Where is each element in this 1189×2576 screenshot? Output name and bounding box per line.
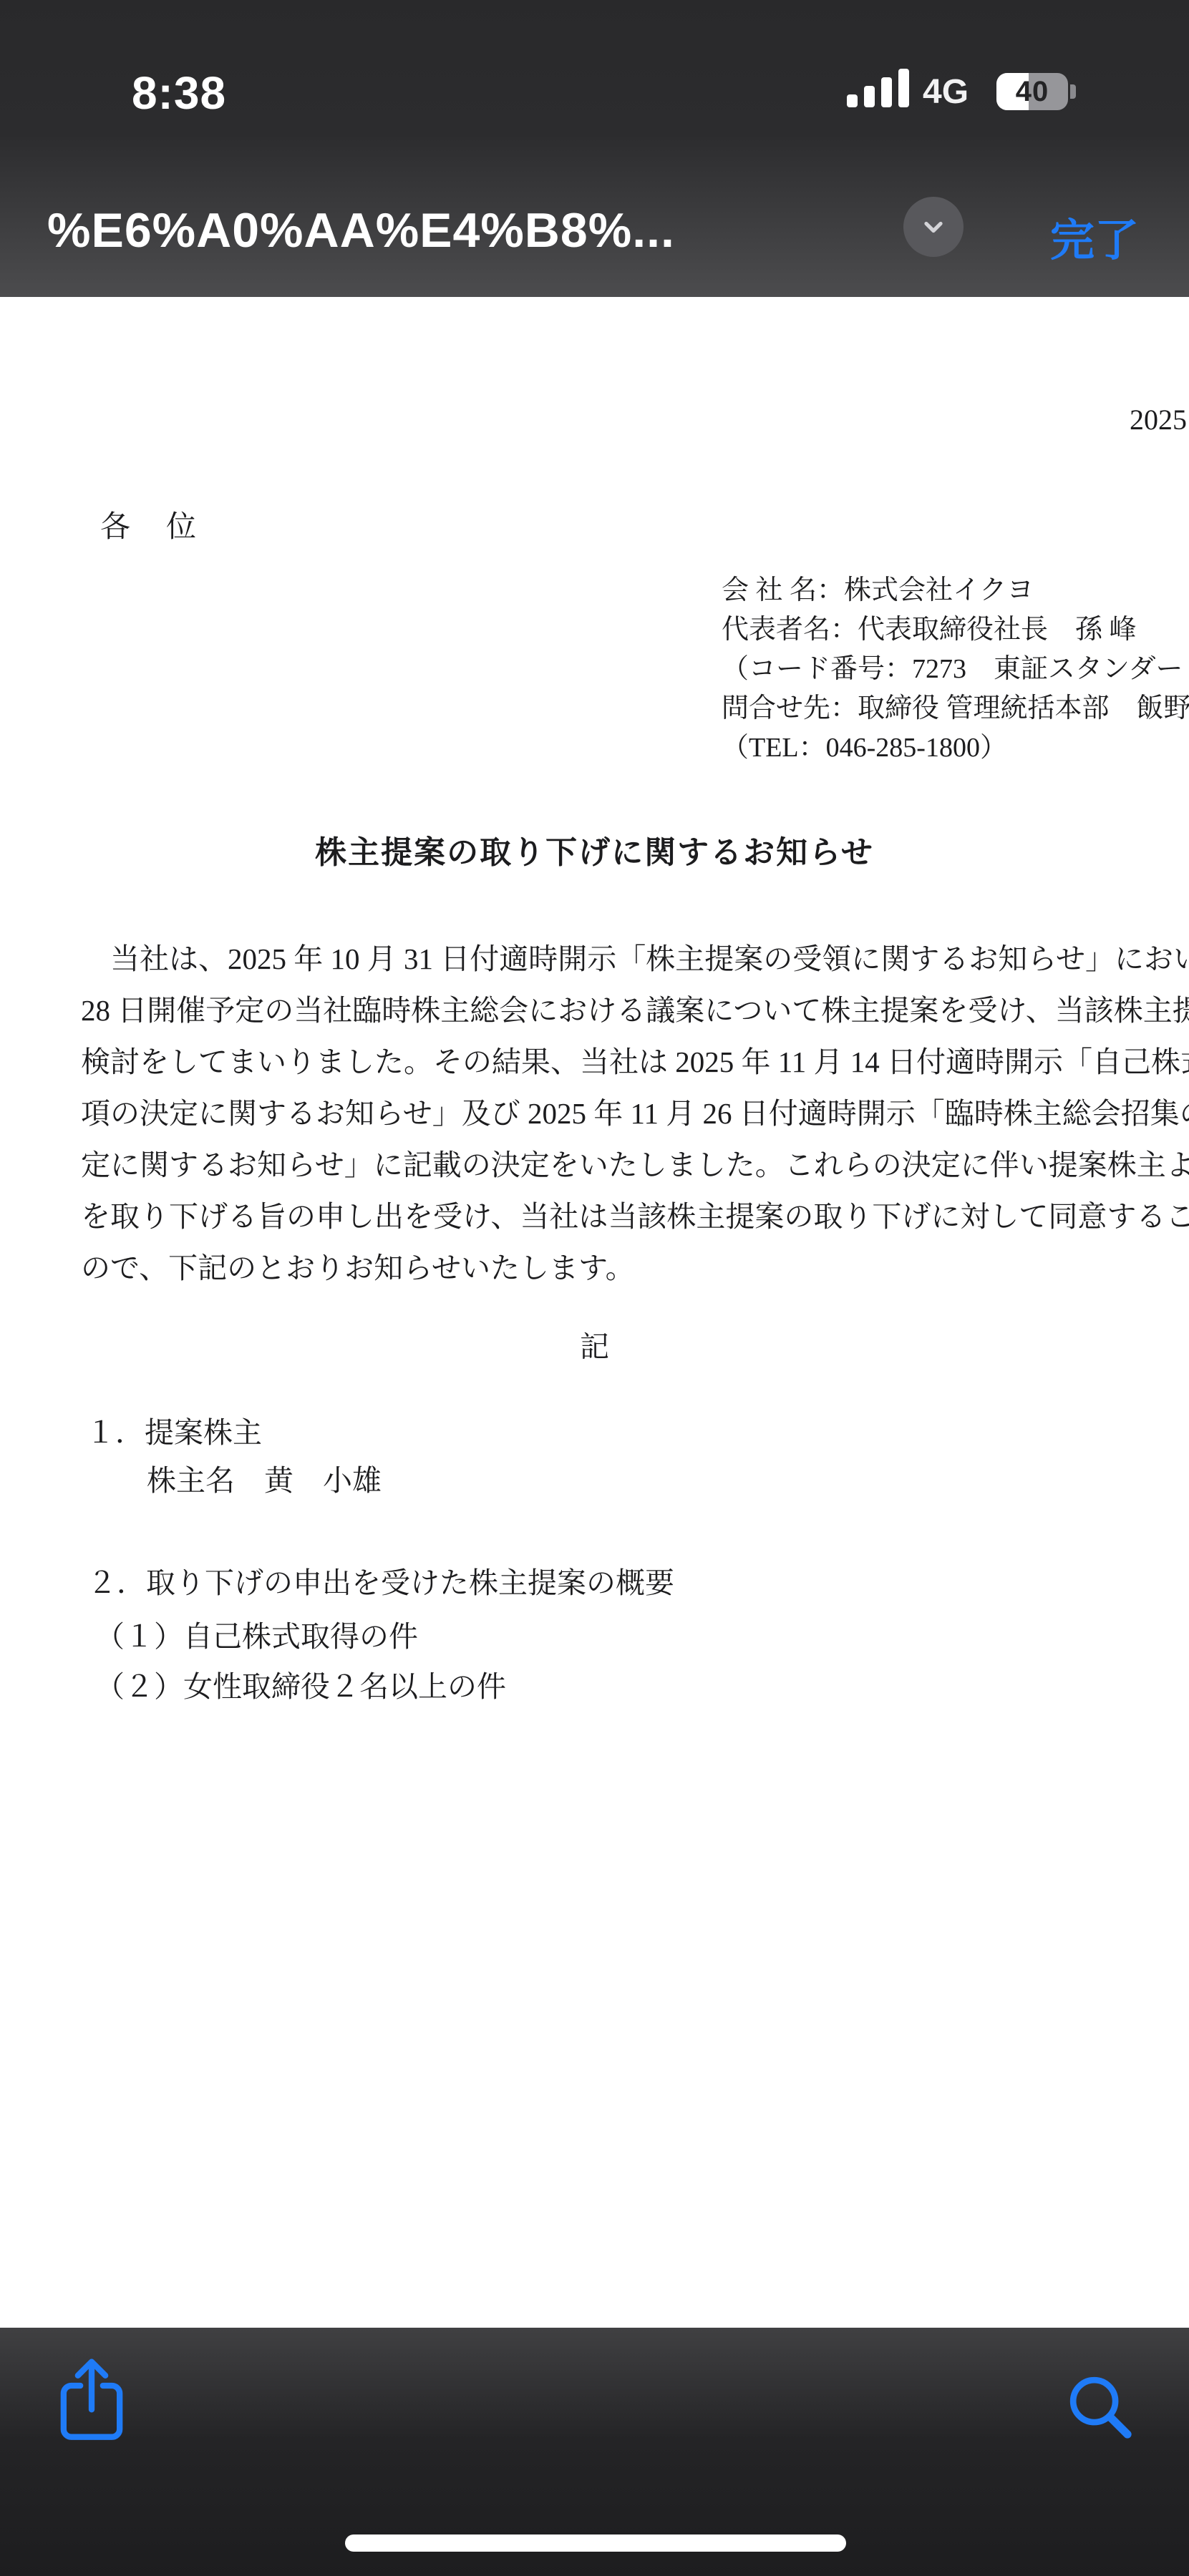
- company-name-line: 会 社 名：株式会社イクヨ: [722, 571, 1189, 610]
- document-salutation: 各 位: [100, 503, 199, 546]
- document-title-encoded: %E6%A0%AA%E4%B8%...: [47, 203, 675, 258]
- document-body-line: を取り下げる旨の申し出を受け、当社は当該株主提案の取り下げに対して同意することと: [81, 1191, 1189, 1242]
- section2-item: （２）女性取締役２名以上の件: [95, 1663, 506, 1705]
- section2-item: （１）自己株式取得の件: [95, 1613, 418, 1655]
- representative-line: 代表者名：代表取締役社長 孫 峰: [722, 610, 1189, 650]
- section1-shareholder-name: 株主名 黄 小雄: [147, 1457, 382, 1499]
- document-body-line: ので、下記のとおりお知らせいたします。: [81, 1242, 1189, 1294]
- done-button[interactable]: 完了: [1050, 205, 1139, 268]
- document-body-line: 当社は、2025 年 10 月 31 日付適時開示「株主提案の受領に関するお知ら…: [81, 933, 1189, 985]
- document-body-line: 定に関するお知らせ」に記載の決定をいたしました。これらの決定に伴い提案株主より、: [81, 1139, 1189, 1191]
- code-number-line: （コード番号：7273 東証スタンダー: [722, 650, 1189, 689]
- contact-line: 問合せ先：取締役 管理統括本部 飯野: [722, 689, 1189, 728]
- document-body-line: 28 日開催予定の当社臨時株主総会における議案について株主提案を受け、当該株主提…: [81, 985, 1189, 1036]
- chevron-down-icon: [918, 211, 949, 243]
- search-button[interactable]: [1062, 2369, 1137, 2444]
- screen: 8:38 4G 40 %E6%A0%AA%E4%B8%... 完了 2025 各…: [0, 0, 1189, 2576]
- company-info-block: 会 社 名：株式会社イクヨ 代表者名：代表取締役社長 孫 峰 （コード番号：72…: [722, 571, 1189, 768]
- tel-line: （TEL：046-285-1800）: [722, 728, 1189, 768]
- document-body-line: 項の決定に関するお知らせ」及び 2025 年 11 月 26 日付適時開示「臨時…: [81, 1088, 1189, 1139]
- network-type-label: 4G: [923, 72, 969, 112]
- document-body-line: 検討をしてまいりました。その結果、当社は 2025 年 11 月 14 日付適時…: [81, 1036, 1189, 1088]
- document-page[interactable]: 2025 各 位 会 社 名：株式会社イクヨ 代表者名：代表取締役社長 孫 峰 …: [0, 297, 1189, 2328]
- search-icon: [1062, 2369, 1137, 2444]
- battery-nub: [1070, 84, 1076, 99]
- cellular-signal-icon: [847, 69, 916, 107]
- battery-percent: 40: [996, 73, 1068, 110]
- section1-heading: １．提案株主: [86, 1409, 262, 1451]
- document-date: 2025: [1130, 403, 1187, 436]
- home-indicator[interactable]: [345, 2534, 846, 2552]
- share-button[interactable]: [56, 2355, 127, 2445]
- record-marker: 記: [0, 1323, 1189, 1365]
- status-time: 8:38: [107, 67, 251, 119]
- section2-heading: ２．取り下げの申出を受けた株主提案の概要: [87, 1559, 674, 1601]
- document-heading: 株主提案の取り下げに関するお知らせ: [0, 826, 1189, 872]
- bottom-toolbar: [0, 2328, 1189, 2576]
- header-bar: 8:38 4G 40 %E6%A0%AA%E4%B8%... 完了: [0, 0, 1189, 297]
- share-icon: [56, 2355, 127, 2445]
- title-dropdown-button[interactable]: [903, 197, 964, 257]
- document-body: 当社は、2025 年 10 月 31 日付適時開示「株主提案の受領に関するお知ら…: [81, 933, 1189, 1294]
- battery-icon: 40: [996, 73, 1068, 110]
